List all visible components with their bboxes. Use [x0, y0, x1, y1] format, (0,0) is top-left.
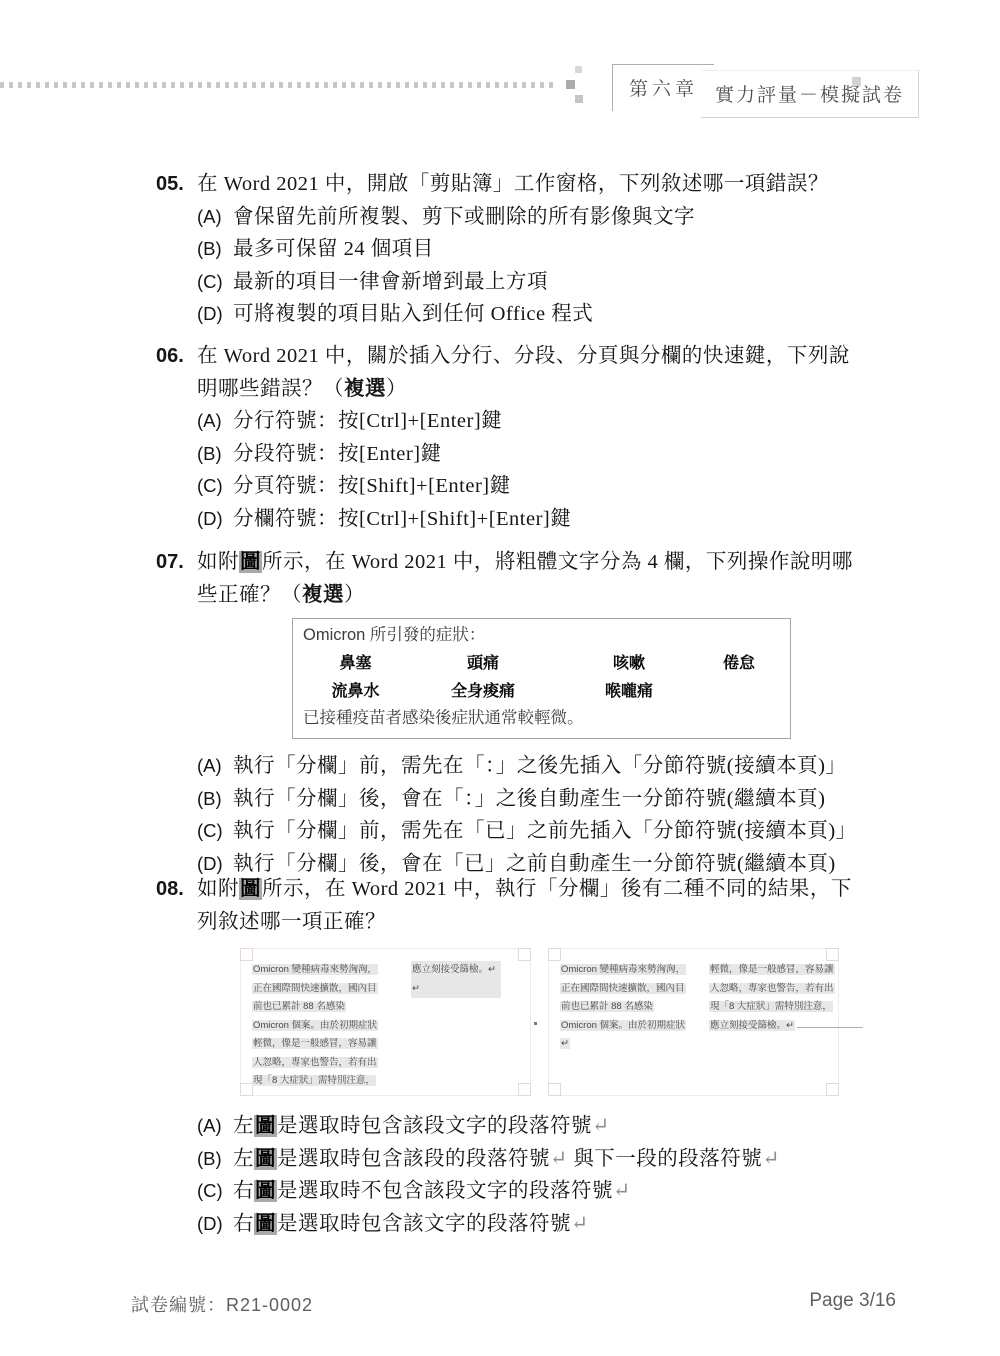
decor-square-icon: [566, 80, 575, 89]
figure-caption-line: Omicron 所引發的症狀：: [303, 623, 780, 647]
chapter-label: 第六章: [612, 64, 714, 111]
option-text: 分欄符號：按[Ctrl]+[Shift]+[Enter]鍵: [233, 503, 886, 536]
paragraph-mark: ↵: [560, 1038, 570, 1049]
question-number: 05.: [156, 168, 197, 201]
text-column: Omicron 變種病毒來勢洶洶，正在國際間快速擴散，國內目前也已累計 88 名…: [252, 961, 378, 1091]
question-block-05: 05. 在 Word 2021 中，開啟「剪貼簿」工作窗格，下列敘述哪一項錯誤？…: [156, 168, 886, 331]
option-row: (C)分頁符號：按[Shift]+[Enter]鍵: [156, 470, 886, 503]
option-row: (D)分欄符號：按[Ctrl]+[Shift]+[Enter]鍵: [156, 503, 886, 536]
word-panel-right: Omicron 變種病毒來勢洶洶，正在國際間快速擴散，國內目前也已累計 88 名…: [548, 948, 839, 1096]
option-text: 分行符號：按[Ctrl]+[Enter]鍵: [233, 405, 886, 438]
symptom-cell: 流鼻水: [303, 678, 408, 706]
option-text: 會保留先前所複製、剪下或刪除的所有影像與文字: [233, 201, 886, 234]
text-column: Omicron 變種病毒來勢洶洶，正在國際間快速擴散，國內目前也已累計 88 名…: [560, 961, 686, 1054]
option-text: 執行「分欄」前，需先在「：」之後先插入「分節符號(接續本頁)」: [233, 750, 886, 783]
question-stem: 如附圖所示，在 Word 2021 中，執行「分欄」後有二種不同的結果，下列敘述…: [197, 873, 886, 938]
question-number: 07.: [156, 546, 197, 611]
question-number: 06.: [156, 340, 197, 405]
option-text: 最新的項目一律會新增到最上方項: [233, 266, 886, 299]
option-label: (D): [197, 298, 233, 331]
option-label: (D): [197, 503, 233, 536]
question-number: 08.: [156, 873, 197, 938]
option-row: (A)會保留先前所複製、剪下或刪除的所有影像與文字: [156, 201, 886, 234]
option-row: (C)執行「分欄」前，需先在「已」之前先插入「分節符號(接續本頁)」: [156, 815, 886, 848]
question-block-06: 06. 在 Word 2021 中，關於插入分行、分段、分頁與分欄的快速鍵，下列…: [156, 340, 886, 535]
option-label: (C): [197, 815, 233, 848]
text-column: 輕微，像是一般感冒，容易讓人忽略，專家也警告，若有出現「8 大症狀」需特別注意，…: [709, 961, 863, 1035]
page-number: Page 3/16: [809, 1290, 896, 1312]
option-text: 右圖是選取時不包含該段文字的段落符號↵: [233, 1175, 886, 1208]
symptom-cell: [700, 678, 778, 706]
text-column: 應立刻接受篩檢。↵↵: [411, 961, 501, 998]
option-text: 左圖是選取時包含該段的段落符號↵ 與下一段的段落符號↵: [233, 1143, 886, 1176]
symptom-cell: 咳嗽: [558, 650, 700, 678]
decor-square-icon: [852, 77, 861, 86]
margin-corner-icon: [518, 948, 531, 961]
word-panel-left: Omicron 變種病毒來勢洶洶，正在國際間快速擴散，國內目前也已累計 88 名…: [240, 948, 531, 1096]
option-row: (D)可將複製的項目貼入到任何 Office 程式: [156, 298, 886, 331]
word-columns-figure: Omicron 所引發的症狀： 鼻塞 頭痛 咳嗽 倦怠 流鼻水 全身痠痛 喉嚨痛…: [292, 618, 791, 739]
word-comparison-figure: Omicron 變種病毒來勢洶洶，正在國際間快速擴散，國內目前也已累計 88 名…: [240, 948, 886, 1096]
symptom-cell: 喉嚨痛: [558, 678, 700, 706]
option-label: (A): [197, 750, 233, 783]
last-text-line: 應立刻接受篩檢。↵: [709, 1017, 863, 1036]
margin-corner-icon: [240, 948, 253, 961]
page-title: 實力評量－模擬試卷: [701, 70, 919, 118]
paragraph-mark-line: ↵: [560, 1035, 686, 1054]
option-label: (B): [197, 438, 233, 471]
selection-dot-icon: [534, 1022, 537, 1025]
symptom-cell: 全身痠痛: [408, 678, 558, 706]
option-row: (B)執行「分欄」後，會在「：」之後自動產生一分節符號(繼續本頁): [156, 783, 886, 816]
option-row: (A)執行「分欄」前，需先在「：」之後先插入「分節符號(接續本頁)」: [156, 750, 886, 783]
option-row: (B)左圖是選取時包含該段的段落符號↵ 與下一段的段落符號↵: [156, 1143, 886, 1176]
question-block-07: 07. 如附圖所示，在 Word 2021 中，將粗體文字分為 4 欄，下列操作…: [156, 546, 886, 880]
option-text: 分頁符號：按[Shift]+[Enter]鍵: [233, 470, 886, 503]
symptom-cell: 鼻塞: [303, 650, 408, 678]
margin-corner-icon: [548, 948, 561, 961]
option-label: (A): [197, 405, 233, 438]
option-label: (B): [197, 233, 233, 266]
boundary-line-icon: [797, 1017, 863, 1028]
symptom-cell: 倦怠: [700, 650, 778, 678]
option-text: 可將複製的項目貼入到任何 Office 程式: [233, 298, 886, 331]
decor-square-icon: [575, 95, 583, 103]
option-row: (D)右圖是選取時包含該文字的段落符號↵: [156, 1208, 886, 1241]
option-label: (B): [197, 783, 233, 816]
option-label: (D): [197, 1208, 233, 1241]
option-row: (B)最多可保留 24 個項目: [156, 233, 886, 266]
option-text: 執行「分欄」前，需先在「已」之前先插入「分節符號(接續本頁)」: [233, 815, 886, 848]
decor-square-icon: [575, 66, 582, 73]
option-label: (C): [197, 266, 233, 299]
margin-corner-icon: [518, 1083, 531, 1096]
option-text: 分段符號：按[Enter]鍵: [233, 438, 886, 471]
header-dotted-rule: [0, 82, 553, 88]
option-row: (C)右圖是選取時不包含該段文字的段落符號↵: [156, 1175, 886, 1208]
symptom-cell: 頭痛: [408, 650, 558, 678]
column-lines: Omicron 變種病毒來勢洶洶，正在國際間快速擴散，國內目前也已累計 88 名…: [560, 961, 686, 1035]
option-label: (A): [197, 1110, 233, 1143]
option-row: (A)分行符號：按[Ctrl]+[Enter]鍵: [156, 405, 886, 438]
question-stem: 如附圖所示，在 Word 2021 中，將粗體文字分為 4 欄，下列操作說明哪些…: [197, 546, 886, 611]
question-block-08: 08. 如附圖所示，在 Word 2021 中，執行「分欄」後有二種不同的結果，…: [156, 873, 886, 1240]
option-text: 最多可保留 24 個項目: [233, 233, 886, 266]
option-label: (B): [197, 1143, 233, 1176]
question-stem: 在 Word 2021 中，開啟「剪貼簿」工作窗格，下列敘述哪一項錯誤？: [197, 168, 886, 201]
option-label: (A): [197, 201, 233, 234]
margin-corner-icon: [826, 948, 839, 961]
exam-code: 試卷編號：R21-0002: [131, 1291, 313, 1317]
question-stem: 在 Word 2021 中，關於插入分行、分段、分頁與分欄的快速鍵，下列說明哪些…: [197, 340, 886, 405]
option-text: 左圖是選取時包含該段文字的段落符號↵: [233, 1110, 886, 1143]
option-text: 執行「分欄」後，會在「：」之後自動產生一分節符號(繼續本頁): [233, 783, 886, 816]
margin-corner-icon: [826, 1083, 839, 1096]
margin-corner-icon: [548, 1083, 561, 1096]
column-lines: 輕微，像是一般感冒，容易讓人忽略，專家也警告，若有出現「8 大症狀」需特別注意，: [709, 961, 863, 1017]
option-row: (B)分段符號：按[Enter]鍵: [156, 438, 886, 471]
option-row: (A)左圖是選取時包含該段文字的段落符號↵: [156, 1110, 886, 1143]
exam-page: { "header": { "chapter": "第六章", "title":…: [0, 0, 1000, 1356]
option-row: (C)最新的項目一律會新增到最上方項: [156, 266, 886, 299]
symptom-grid: 鼻塞 頭痛 咳嗽 倦怠 流鼻水 全身痠痛 喉嚨痛: [303, 650, 780, 706]
option-label: (C): [197, 1175, 233, 1208]
option-label: (C): [197, 470, 233, 503]
option-text: 右圖是選取時包含該文字的段落符號↵: [233, 1208, 886, 1241]
figure-closing-line: 已接種疫苗者感染後症狀通常較輕微。: [303, 706, 780, 730]
